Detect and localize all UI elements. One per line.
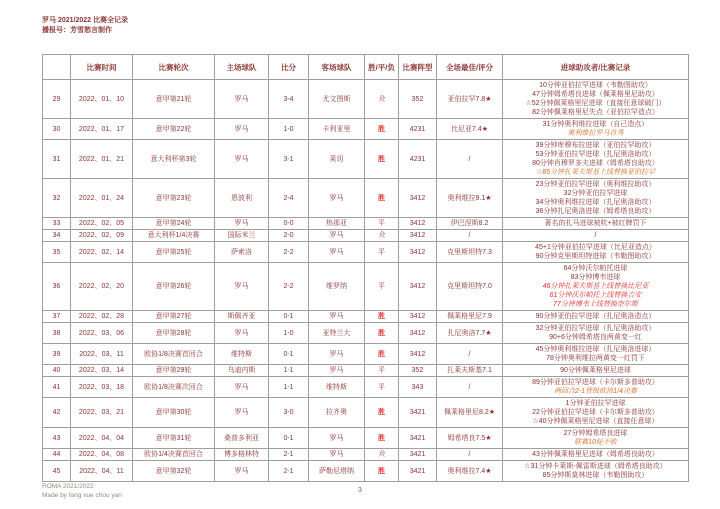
record-line: 77分钟博韦上线替换奈尔斯 [505, 300, 686, 309]
home-team-cell: 罗马 [215, 218, 269, 230]
table-row: 422022、03、21意甲第30轮罗马3-0拉齐奥胜3421佩莱格里尼8.2★… [43, 398, 689, 428]
home-team-cell: 罗马 [215, 398, 269, 428]
score-cell: 2-1 [269, 449, 309, 461]
row-number-cell: 36 [43, 263, 71, 311]
match-records-cell: 43分钟佩莱格里尼进球（姆希塔良助攻） [503, 449, 689, 461]
round-cell: 意大利杯第3轮 [133, 140, 215, 179]
doc-title: 罗马 2021/2022 比赛全记录 [42, 16, 128, 26]
home-team-cell: 罗马 [215, 263, 269, 311]
mvp-rating-cell: 姆希塔良7.5★ [437, 428, 503, 449]
record-line: ☆52分钟佩莱格里尼进球（直接任意球破门） [505, 99, 686, 108]
away-team-cell: 维罗纳 [309, 263, 365, 311]
document-header: 罗马 2021/2022 比赛全记录 播报号：芳雪愁言制作 [42, 16, 128, 36]
score-cell: 3-0 [269, 398, 309, 428]
result-cell: 胜 [365, 323, 399, 344]
record-line: ☆31分钟卡莱斯-佩雷斯进球（姆希塔良助攻） [505, 462, 686, 471]
away-team-cell: 罗马 [309, 449, 365, 461]
row-number-cell: 45 [43, 461, 71, 482]
result-cell: 平 [365, 242, 399, 263]
table-row: 342022、02、09意大利杯1/4决赛国际米兰2-0罗马负3412// [43, 230, 689, 242]
away-team-cell: 拉齐奥 [309, 398, 365, 428]
match-records-cell: / [503, 230, 689, 242]
mvp-rating-cell: 伊巴涅斯8.2 [437, 218, 503, 230]
formation-cell: 3421 [399, 449, 437, 461]
table-row: 352022、02、14意甲第25轮萨索洛2-2罗马平3412克里斯坦特7.34… [43, 242, 689, 263]
match-record-table: 比赛时间比赛轮次主场球队比分客场球队胜/平/负比赛阵型全场最佳/评分进球助攻者/… [42, 54, 689, 482]
score-cell: 1-0 [269, 119, 309, 140]
row-number-cell: 32 [43, 179, 71, 218]
match-records-cell: 90分钟亚伯拉罕进球（扎尼奥洛造点） [503, 311, 689, 323]
record-line: 53分钟亚伯拉罕进球（扎尼奥洛助攻） [505, 150, 686, 159]
table-header-row: 比赛时间比赛轮次主场球队比分客场球队胜/平/负比赛阵型全场最佳/评分进球助攻者/… [43, 55, 689, 80]
away-team-cell: 罗马 [309, 242, 365, 263]
record-line: 32分钟亚伯拉罕进球（扎尼奥洛助攻） [505, 324, 686, 333]
record-line: 90分钟克里斯坦特进球（韦勒图助攻） [505, 252, 686, 261]
result-cell: 胜 [365, 344, 399, 365]
row-number-cell: 44 [43, 449, 71, 461]
record-line: 90分钟佩莱格里尼进球 [505, 366, 686, 375]
document-page: 罗马 2021/2022 比赛全记录 播报号：芳雪愁言制作 比赛时间比赛轮次主场… [0, 0, 720, 509]
record-line: / [505, 231, 686, 240]
mvp-rating-cell: / [437, 449, 503, 461]
home-team-cell: 罗马 [215, 323, 269, 344]
formation-cell: 343 [399, 377, 437, 398]
record-line: 45+1分钟亚伯拉罕进球（比尼亚造点） [505, 243, 686, 252]
home-team-cell: 萨索洛 [215, 242, 269, 263]
formation-cell: 3412 [399, 344, 437, 365]
column-header: 比分 [269, 55, 309, 80]
round-cell: 意甲第27轮 [133, 311, 215, 323]
home-team-cell: 维特斯 [215, 344, 269, 365]
table-row: 442022、04、08欧协1/4决赛首回合博多格林特2-1罗马负3421/43… [43, 449, 689, 461]
formation-cell: 3412 [399, 263, 437, 311]
away-team-cell: 维特斯 [309, 377, 365, 398]
record-line: 32分钟亚伯拉罕进球 [505, 189, 686, 198]
match-date-cell: 2022、02、09 [71, 230, 133, 242]
mvp-rating-cell: 奥利维拉9.1★ [437, 179, 503, 218]
match-date-cell: 2022、03、18 [71, 377, 133, 398]
record-line: 43分钟佩莱格里尼进球（姆希塔良助攻） [505, 450, 686, 459]
score-cell: 2-2 [269, 242, 309, 263]
record-line: 10分钟亚伯拉罕进球（韦勒图助攻） [505, 81, 686, 90]
column-header: 胜/平/负 [365, 55, 399, 80]
match-date-cell: 2022、04、08 [71, 449, 133, 461]
result-cell: 胜 [365, 398, 399, 428]
round-cell: 欧协1/8决赛次回合 [133, 377, 215, 398]
result-cell: 胜 [365, 140, 399, 179]
round-cell: 欧协1/8决赛首回合 [133, 344, 215, 365]
mvp-rating-cell: 克里斯坦特7.3 [437, 242, 503, 263]
page-number: 3 [0, 487, 720, 494]
record-line: 64分钟沃尔帕托进球 [505, 264, 686, 273]
mvp-rating-cell: 佩莱格里尼7.9 [437, 311, 503, 323]
match-date-cell: 2022、04、04 [71, 428, 133, 449]
home-team-cell: 罗马 [215, 80, 269, 119]
round-cell: 意甲第30轮 [133, 398, 215, 428]
mvp-rating-cell: / [437, 230, 503, 242]
formation-cell: 3421 [399, 461, 437, 482]
record-line: 27分钟姆希塔良进球 [505, 429, 686, 438]
home-team-cell: 桑普多利亚 [215, 428, 269, 449]
result-cell: 平 [365, 377, 399, 398]
formation-cell: 3421 [399, 398, 437, 428]
match-date-cell: 2022、02、28 [71, 311, 133, 323]
column-header: 全场最佳/评分 [437, 55, 503, 80]
round-cell: 意大利杯1/4决赛 [133, 230, 215, 242]
round-cell: 意甲第23轮 [133, 179, 215, 218]
table-row: 312022、01、21意大利杯第3轮罗马3-1莱切胜4231/39分钟库穆布拉… [43, 140, 689, 179]
table-row: 332022、02、05意甲第24轮罗马0-0热那亚平3412伊巴涅斯8.2著名… [43, 218, 689, 230]
mvp-rating-cell: 亚伯拉罕7.8★ [437, 80, 503, 119]
match-records-cell: ☆31分钟卡莱斯-佩雷斯进球（姆希塔良助攻）85分钟斯莫林进球（韦勒图助攻） [503, 461, 689, 482]
mvp-rating-cell: 克里斯坦特7.0 [437, 263, 503, 311]
column-header: 进球助攻者/比赛记录 [503, 55, 689, 80]
home-team-cell: 罗马 [215, 140, 269, 179]
column-header: 比赛阵型 [399, 55, 437, 80]
mvp-rating-cell: 奥利维拉7.4★ [437, 461, 503, 482]
away-team-cell: 萨勒尼塔纳 [309, 461, 365, 482]
record-line: 34分钟奥利维拉进球（扎尼奥洛助攻） [505, 198, 686, 207]
score-cell: 2-4 [269, 179, 309, 218]
record-line: 82分钟佩莱格里尼失点（亚伯拉罕造点） [505, 108, 686, 117]
result-cell: 平 [365, 365, 399, 377]
away-team-cell: 莱切 [309, 140, 365, 179]
row-number-cell: 43 [43, 428, 71, 449]
home-team-cell: 罗马 [215, 119, 269, 140]
formation-cell: 352 [399, 365, 437, 377]
away-team-cell: 热那亚 [309, 218, 365, 230]
score-cell: 1-1 [269, 377, 309, 398]
home-team-cell: 博多格林特 [215, 449, 269, 461]
row-number-cell: 40 [43, 365, 71, 377]
round-cell: 意甲第26轮 [133, 263, 215, 311]
score-cell: 2-1 [269, 461, 309, 482]
result-cell: 胜 [365, 428, 399, 449]
mvp-rating-cell: / [437, 344, 503, 365]
column-header: 比赛时间 [71, 55, 133, 80]
table-row: 452022、04、11意甲第32轮罗马2-1萨勒尼塔纳胜3421奥利维拉7.4… [43, 461, 689, 482]
record-line: ☆40分钟佩莱格里尼进球（直接任意球） [505, 417, 686, 426]
row-number-cell: 39 [43, 344, 71, 365]
table-row: 322022、01、24意甲第23轮恩波利2-4罗马胜3412奥利维拉9.1★2… [43, 179, 689, 218]
row-number-cell: 41 [43, 377, 71, 398]
row-number-cell: 31 [43, 140, 71, 179]
table-row: 292022、01、10意甲第21轮罗马3-4尤文图斯负352亚伯拉罕7.8★1… [43, 80, 689, 119]
score-cell: 0-0 [269, 218, 309, 230]
row-number-cell: 37 [43, 311, 71, 323]
match-records-cell: 1分钟亚伯拉罕进球22分钟亚伯拉罕进球（卡尔斯多普助攻）☆40分钟佩莱格里尼进球… [503, 398, 689, 428]
away-team-cell: 卡利亚里 [309, 119, 365, 140]
away-team-cell: 罗马 [309, 365, 365, 377]
home-team-cell: 罗马 [215, 461, 269, 482]
column-header: 主场球队 [215, 55, 269, 80]
record-line: 奥利维拉罗马首秀 [505, 129, 686, 138]
formation-cell: 352 [399, 80, 437, 119]
record-line: 61分钟沃尔帕托上线替换吉安 [505, 291, 686, 300]
table-row: 412022、03、18欧协1/8决赛次回合罗马1-1维特斯平343/89分钟亚… [43, 377, 689, 398]
match-date-cell: 2022、01、24 [71, 179, 133, 218]
record-line: 90+6分钟姆希塔良两黄变一红 [505, 333, 686, 342]
match-records-cell: 89分钟亚伯拉罕进球（卡尔斯多普助攻）两回合2-1晋级欧协1/4决赛 [503, 377, 689, 398]
formation-cell: 3412 [399, 311, 437, 323]
score-cell: 2-2 [269, 263, 309, 311]
match-date-cell: 2022、01、10 [71, 80, 133, 119]
record-line: 两回合2-1晋级欧协1/4决赛 [505, 387, 686, 396]
round-cell: 意甲第28轮 [133, 323, 215, 344]
score-cell: 1-0 [269, 323, 309, 344]
formation-cell: 4231 [399, 119, 437, 140]
result-cell: 胜 [365, 119, 399, 140]
home-team-cell: 罗马 [215, 377, 269, 398]
mvp-rating-cell: 比尼亚7.4★ [437, 119, 503, 140]
formation-cell: 3421 [399, 428, 437, 449]
match-records-cell: 45分钟奥利维拉进球（扎尼奥洛进球）78分钟奥利维拉两黄变一红罚下 [503, 344, 689, 365]
record-line: 85分钟斯莫林进球（韦勒图助攻） [505, 471, 686, 480]
away-team-cell: 罗马 [309, 344, 365, 365]
formation-cell: 4231 [399, 140, 437, 179]
round-cell: 意甲第25轮 [133, 242, 215, 263]
mvp-rating-cell: 扎莱夫斯基7.1 [437, 365, 503, 377]
away-team-cell: 罗马 [309, 179, 365, 218]
result-cell: 胜 [365, 179, 399, 218]
result-cell: 胜 [365, 311, 399, 323]
away-team-cell: 罗马 [309, 230, 365, 242]
record-line: 80分钟肖穆罗多夫进球（姆希塔良助攻） [505, 159, 686, 168]
row-number-cell: 38 [43, 323, 71, 344]
result-cell: 平 [365, 218, 399, 230]
score-cell: 0-1 [269, 344, 309, 365]
home-team-cell: 乌迪内斯 [215, 365, 269, 377]
result-cell: 负 [365, 449, 399, 461]
row-number-cell: 33 [43, 218, 71, 230]
formation-cell: 3412 [399, 230, 437, 242]
column-header: 客场球队 [309, 55, 365, 80]
away-team-cell: 罗马 [309, 428, 365, 449]
record-line: 1分钟亚伯拉罕进球 [505, 399, 686, 408]
record-line: 22分钟亚伯拉罕进球（卡尔斯多普助攻） [505, 408, 686, 417]
round-cell: 意甲第29轮 [133, 365, 215, 377]
result-cell: 负 [365, 80, 399, 119]
match-date-cell: 2022、04、11 [71, 461, 133, 482]
match-date-cell: 2022、01、21 [71, 140, 133, 179]
table-row: 382022、03、06意甲第28轮罗马1-0亚特兰大胜3412扎尼奥洛7.7★… [43, 323, 689, 344]
match-records-cell: 10分钟亚伯拉罕进球（韦勒图助攻）47分钟姆希塔良进球（佩莱格里尼助攻）☆52分… [503, 80, 689, 119]
round-cell: 欧协1/4决赛首回合 [133, 449, 215, 461]
record-line: 46分钟扎莱夫斯基上线替换比尼亚 [505, 282, 686, 291]
record-line: 36分钟扎尼奥洛进球（姆希塔良助攻） [505, 207, 686, 216]
match-date-cell: 2022、03、11 [71, 344, 133, 365]
record-line: 83分钟博韦进球 [505, 273, 686, 282]
row-number-cell: 30 [43, 119, 71, 140]
record-line: 39分钟库穆布拉进球（亚伯拉罕助攻） [505, 141, 686, 150]
row-number-cell: 29 [43, 80, 71, 119]
record-line: 联赛10轮不败 [505, 438, 686, 447]
record-line: ☆85分钟扎莱夫斯基上线替换亚伯拉罕 [505, 168, 686, 177]
table-row: 432022、04、04意甲第31轮桑普多利亚0-1罗马胜3421姆希塔良7.5… [43, 428, 689, 449]
table-row: 392022、03、11欧协1/8决赛首回合维特斯0-1罗马胜3412/45分钟… [43, 344, 689, 365]
mvp-rating-cell: 扎尼奥洛7.7★ [437, 323, 503, 344]
round-cell: 意甲第22轮 [133, 119, 215, 140]
match-date-cell: 2022、01、17 [71, 119, 133, 140]
match-date-cell: 2022、03、06 [71, 323, 133, 344]
home-team-cell: 恩波利 [215, 179, 269, 218]
match-records-cell: 45+1分钟亚伯拉罕进球（比尼亚造点）90分钟克里斯坦特进球（韦勒图助攻） [503, 242, 689, 263]
record-line: 89分钟亚伯拉罕进球（卡尔斯多普助攻） [505, 378, 686, 387]
record-line: 47分钟姆希塔良进球（佩莱格里尼助攻） [505, 90, 686, 99]
score-cell: 0-1 [269, 311, 309, 323]
table-row: 372022、02、28意甲第27轮斯佩齐亚0-1罗马胜3412佩莱格里尼7.9… [43, 311, 689, 323]
away-team-cell: 尤文图斯 [309, 80, 365, 119]
home-team-cell: 斯佩齐亚 [215, 311, 269, 323]
match-date-cell: 2022、03、14 [71, 365, 133, 377]
result-cell: 平 [365, 263, 399, 311]
column-header: 比赛轮次 [133, 55, 215, 80]
record-line: 78分钟奥利维拉两黄变一红罚下 [505, 354, 686, 363]
formation-cell: 3412 [399, 218, 437, 230]
round-cell: 意甲第21轮 [133, 80, 215, 119]
mvp-rating-cell: / [437, 377, 503, 398]
mvp-rating-cell: 佩莱格里尼8.2★ [437, 398, 503, 428]
score-cell: 3-4 [269, 80, 309, 119]
record-line: 31分钟奥利维拉进球（自己造点） [505, 120, 686, 129]
match-date-cell: 2022、03、21 [71, 398, 133, 428]
match-records-cell: 著名的扎马进球被吹+被红牌罚下 [503, 218, 689, 230]
table-row: 362022、02、20意甲第26轮罗马2-2维罗纳平3412克里斯坦特7.06… [43, 263, 689, 311]
table-row: 302022、01、17意甲第22轮罗马1-0卡利亚里胜4231比尼亚7.4★3… [43, 119, 689, 140]
home-team-cell: 国际米兰 [215, 230, 269, 242]
match-records-cell: 27分钟姆希塔良进球联赛10轮不败 [503, 428, 689, 449]
row-number-cell: 35 [43, 242, 71, 263]
row-number-cell: 34 [43, 230, 71, 242]
match-records-cell: 39分钟库穆布拉进球（亚伯拉罕助攻）53分钟亚伯拉罕进球（扎尼奥洛助攻）80分钟… [503, 140, 689, 179]
result-cell: 负 [365, 230, 399, 242]
match-records-cell: 31分钟奥利维拉进球（自己造点）奥利维拉罗马首秀 [503, 119, 689, 140]
column-header [43, 55, 71, 80]
doc-subtitle: 播报号：芳雪愁言制作 [42, 26, 128, 36]
record-line: 著名的扎马进球被吹+被红牌罚下 [505, 219, 686, 228]
match-date-cell: 2022、02、14 [71, 242, 133, 263]
score-cell: 0-1 [269, 428, 309, 449]
away-team-cell: 亚特兰大 [309, 323, 365, 344]
score-cell: 3-1 [269, 140, 309, 179]
away-team-cell: 罗马 [309, 311, 365, 323]
record-line: 23分钟亚伯拉罕进球（奥利维拉助攻） [505, 180, 686, 189]
round-cell: 意甲第32轮 [133, 461, 215, 482]
formation-cell: 3412 [399, 242, 437, 263]
row-number-cell: 42 [43, 398, 71, 428]
formation-cell: 3412 [399, 323, 437, 344]
round-cell: 意甲第31轮 [133, 428, 215, 449]
round-cell: 意甲第24轮 [133, 218, 215, 230]
record-line: 45分钟奥利维拉进球（扎尼奥洛进球） [505, 345, 686, 354]
match-records-cell: 32分钟亚伯拉罕进球（扎尼奥洛助攻）90+6分钟姆希塔良两黄变一红 [503, 323, 689, 344]
table-row: 402022、03、14意甲第29轮乌迪内斯1-1罗马平352扎莱夫斯基7.19… [43, 365, 689, 377]
score-cell: 2-0 [269, 230, 309, 242]
match-records-cell: 23分钟亚伯拉罕进球（奥利维拉助攻）32分钟亚伯拉罕进球34分钟奥利维拉进球（扎… [503, 179, 689, 218]
record-line: 90分钟亚伯拉罕进球（扎尼奥洛造点） [505, 312, 686, 321]
formation-cell: 3412 [399, 179, 437, 218]
match-date-cell: 2022、02、05 [71, 218, 133, 230]
result-cell: 胜 [365, 461, 399, 482]
match-date-cell: 2022、02、20 [71, 263, 133, 311]
mvp-rating-cell: / [437, 140, 503, 179]
score-cell: 1-1 [269, 365, 309, 377]
match-records-cell: 90分钟佩莱格里尼进球 [503, 365, 689, 377]
match-records-cell: 64分钟沃尔帕托进球83分钟博韦进球46分钟扎莱夫斯基上线替换比尼亚61分钟沃尔… [503, 263, 689, 311]
